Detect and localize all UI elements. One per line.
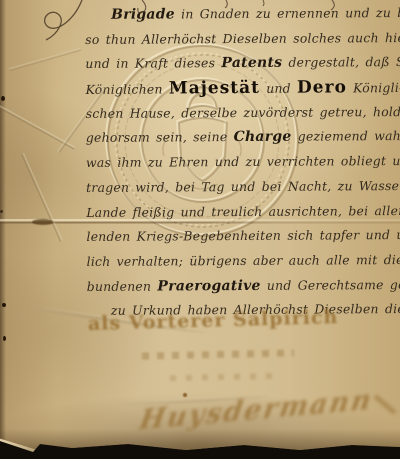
fold-damage-spot: [32, 219, 54, 225]
manuscript-line: tragen wird, bei Tag und bei Nacht, zu W…: [86, 174, 396, 201]
crease-line: [21, 153, 63, 242]
manuscript-line: lenden Kriegs-Begebenheiten sich tapfer …: [86, 223, 396, 250]
manuscript-line: Lande fleißig und treulich ausrichten, b…: [86, 199, 396, 226]
paper-speck: [0, 210, 3, 213]
scanned-document: Brigade in Gnaden zu ernennen und zu bes…: [0, 0, 400, 459]
bleedthrough-heading: als Vorterer Salpirich: [88, 307, 301, 343]
crease-line: [9, 48, 81, 71]
paper-speck: [1, 96, 5, 101]
bleedthrough-smudge: [170, 373, 282, 381]
emphasized-word: Charge: [234, 129, 292, 145]
manuscript-line: Königlichen Majestät und Dero Königli-: [85, 75, 395, 102]
paper-sheet: Brigade in Gnaden zu ernennen und zu bes…: [0, 0, 400, 459]
fraktur-word: Dero: [297, 77, 347, 97]
bleedthrough-smudge: [142, 349, 294, 359]
paper-speck: [2, 303, 6, 307]
paper-speck: [183, 393, 187, 397]
emphasized-word: Praerogative: [157, 277, 260, 294]
torn-edge-shadow: [0, 429, 400, 455]
manuscript-text: Brigade in Gnaden zu ernennen und zu bes…: [85, 1, 397, 324]
manuscript-line: gehorsam sein, seine Charge geziemend wa…: [86, 124, 396, 151]
manuscript-line: schen Hause, derselbe zuvörderst getreu,…: [86, 100, 396, 127]
manuscript-line: und in Kraft dieses Patents dergestalt, …: [85, 50, 395, 77]
crease-line: [0, 105, 75, 149]
emphasized-word: Patents: [221, 55, 282, 71]
paper-left-edge-shadow: [0, 0, 6, 459]
manuscript-line: lich verhalten; übrigens aber auch alle …: [87, 248, 397, 275]
manuscript-line: was ihm zu Ehren und zu verrichten oblie…: [86, 149, 396, 176]
fraktur-word: Majestät: [169, 78, 260, 99]
manuscript-line: bundenen Praerogative und Gerechtsame ge…: [87, 273, 397, 300]
ink-flourish: [0, 0, 400, 48]
paper-speck: [3, 336, 6, 341]
